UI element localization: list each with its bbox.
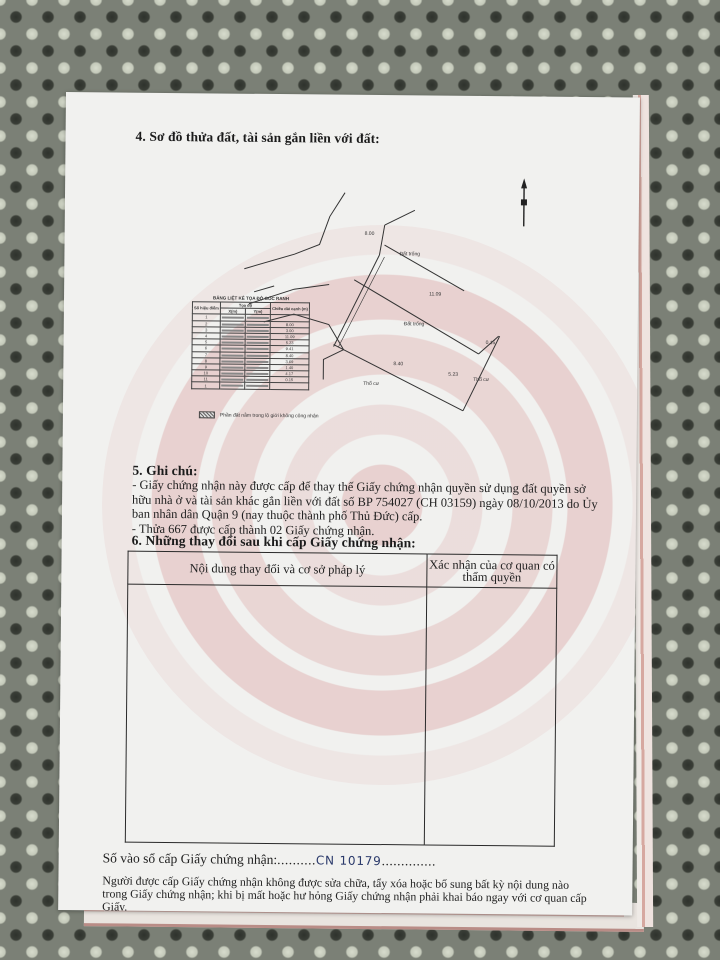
diagram-label: Thổ cư xyxy=(363,380,380,387)
certificate-page: 4. Sơ đồ thửa đất, tài sản gắn liền với … xyxy=(58,92,640,915)
coord-cell-blurred xyxy=(220,345,245,351)
hatched-swatch-icon xyxy=(199,411,215,418)
changes-table: Nội dung thay đổi và cơ sở pháp lý Xác n… xyxy=(125,551,558,847)
diagram-label-neighbor: Đất trống xyxy=(399,251,420,257)
coord-cell-blurred xyxy=(245,327,270,333)
section-6-title: 6. Những thay đổi sau khi cấp Giấy chứng… xyxy=(132,533,416,552)
edge-length: 5.23 xyxy=(448,372,458,378)
coord-cell-blurred xyxy=(245,346,270,352)
coord-cell-blurred xyxy=(220,327,245,333)
changes-content-cell xyxy=(125,584,426,845)
coord-cell xyxy=(270,383,309,390)
register-number-line: Số vào sổ cấp Giấy chứng nhận:..........… xyxy=(103,850,436,869)
dotted-leader: .............. xyxy=(382,853,436,869)
warning-text: Người được cấp Giấy chứng nhận không đượ… xyxy=(102,874,587,915)
register-number-value: CN 10179 xyxy=(316,853,382,868)
diagram-legend: Phần đất nằm trong lộ giới không công nh… xyxy=(199,411,319,419)
note-item: - Giấy chứng nhận này được cấp để thay t… xyxy=(132,478,602,526)
coord-cell-blurred xyxy=(220,358,245,364)
coord-cell-blurred xyxy=(245,376,270,382)
coord-header: Số hiệu điểm xyxy=(192,302,220,315)
coord-cell-blurred xyxy=(220,370,245,376)
coord-cell-blurred xyxy=(245,333,270,339)
coord-cell-blurred xyxy=(220,339,245,345)
section-4-title: 4. Sơ đồ thửa đất, tài sản gắn liền với … xyxy=(135,129,379,147)
coord-cell-blurred xyxy=(220,314,245,320)
coord-cell-blurred xyxy=(220,333,245,339)
coord-cell-blurred xyxy=(220,364,245,370)
dotted-leader: .......... xyxy=(277,852,316,867)
notes-block: - Giấy chứng nhận này được cấp để thay t… xyxy=(132,478,603,541)
coord-cell-blurred xyxy=(245,315,270,321)
coord-cell-blurred xyxy=(245,358,270,364)
coord-cell-blurred xyxy=(245,370,270,376)
coord-cell-blurred xyxy=(245,364,270,370)
changes-column-header: Xác nhận của cơ quan có thẩm quyền xyxy=(427,554,557,588)
coord-cell-blurred xyxy=(245,321,270,327)
edge-length: 8.40 xyxy=(393,361,403,367)
legend-label: Phần đất nằm trong lộ giới không công nh… xyxy=(220,412,319,419)
coord-cell-blurred xyxy=(220,321,245,327)
coord-cell-blurred xyxy=(220,351,245,357)
changes-confirmation-cell xyxy=(424,587,556,846)
coord-header: Chiều dài cạnh (m) xyxy=(270,302,309,315)
diagram-label: Thổ cư xyxy=(473,376,490,383)
coord-cell-blurred xyxy=(245,339,270,345)
diagram-label: Đất trống xyxy=(404,321,425,327)
coord-cell-blurred xyxy=(245,352,270,358)
coord-table-row: 1 xyxy=(192,382,309,389)
north-arrow-icon xyxy=(521,178,527,226)
coord-cell: 1 xyxy=(192,382,220,388)
changes-column-header: Nội dung thay đổi và cơ sở pháp lý xyxy=(128,551,427,587)
coord-cell-blurred xyxy=(245,383,270,389)
edge-length: 8.00 xyxy=(365,231,375,237)
coordinate-table: BẢNG LIỆT KÊ TỌA ĐỘ GÓC RANH Số hiệu điể… xyxy=(191,295,310,390)
coord-cell-blurred xyxy=(220,376,245,382)
coord-cell-blurred xyxy=(220,382,245,388)
edge-length: 11.09 xyxy=(429,291,441,297)
register-label: Số vào sổ cấp Giấy chứng nhận: xyxy=(103,850,278,867)
edge-length: 0.15 xyxy=(486,340,496,346)
